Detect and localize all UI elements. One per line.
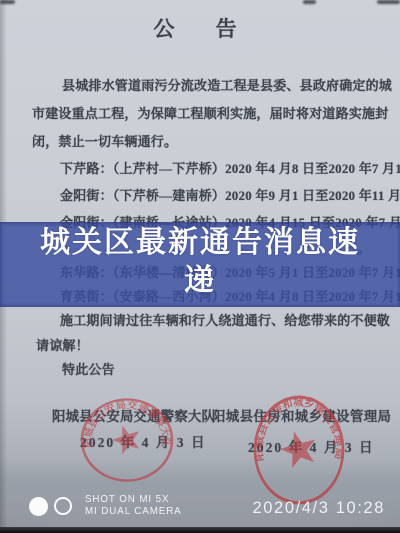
signature-org-right: 阳城县住房和城乡建设管理局 xyxy=(212,406,391,425)
notice-paragraph-line: 市建设重点工程，为保障工程顺利实施，届时将对道路实施封 xyxy=(32,103,388,122)
camera-watermark-line2: MI DUAL CAMERA xyxy=(85,506,182,517)
road-closure-item: 下芹路：（上芹村—下芹桥）2020 年4 月8 日至2020 年7 月10 日。 xyxy=(60,158,400,177)
camera-dot-filled-icon xyxy=(29,497,48,516)
camera-watermark-datetime: 2020/4/3 10:28 xyxy=(252,499,385,518)
road-closure-item: 金阳街：（下芹桥—建南桥）2020 年9 月1 日至2020 年11 月30 日… xyxy=(60,185,400,204)
signature-date-right: 2020 年 4 月 3 日 xyxy=(248,436,375,456)
notice-paragraph-line: 施工期间请过往车辆和行人绕道通行、给您带来的不便敬 xyxy=(60,310,390,329)
signature-org-left: 阳城县公安局交通警察大队 xyxy=(52,406,215,425)
photo-top-edge-mark xyxy=(303,0,316,4)
headline-banner-text: 城关区最新通告消息速递 xyxy=(32,224,368,300)
photo-bottom-black-strip xyxy=(0,527,400,533)
photo-of-notice: 公 告 县城排水管道雨污分流改造工程是县委、县政府确定的城 市建设重点工程，为保… xyxy=(0,0,400,533)
notice-closing: 特此公告 xyxy=(62,359,115,378)
notice-title: 公 告 xyxy=(0,13,400,43)
camera-watermark-line1: SHOT ON MI 5X xyxy=(85,494,169,505)
notice-paragraph-line: 闭，禁止一切车辆通行。 xyxy=(32,131,177,150)
notice-paragraph-line: 请谅解！ xyxy=(36,335,89,354)
photo-top-edge-mark xyxy=(377,0,400,4)
photo-top-edge-mark xyxy=(0,0,15,4)
signature-date-left: 2020 年 4 月 3 日 xyxy=(80,431,207,451)
notice-paragraph-line: 县城排水管道雨污分流改造工程是县委、县政府确定的城 xyxy=(62,75,392,94)
headline-banner: 城关区最新通告消息速递 xyxy=(0,222,400,307)
camera-dot-outline-icon xyxy=(54,497,72,515)
